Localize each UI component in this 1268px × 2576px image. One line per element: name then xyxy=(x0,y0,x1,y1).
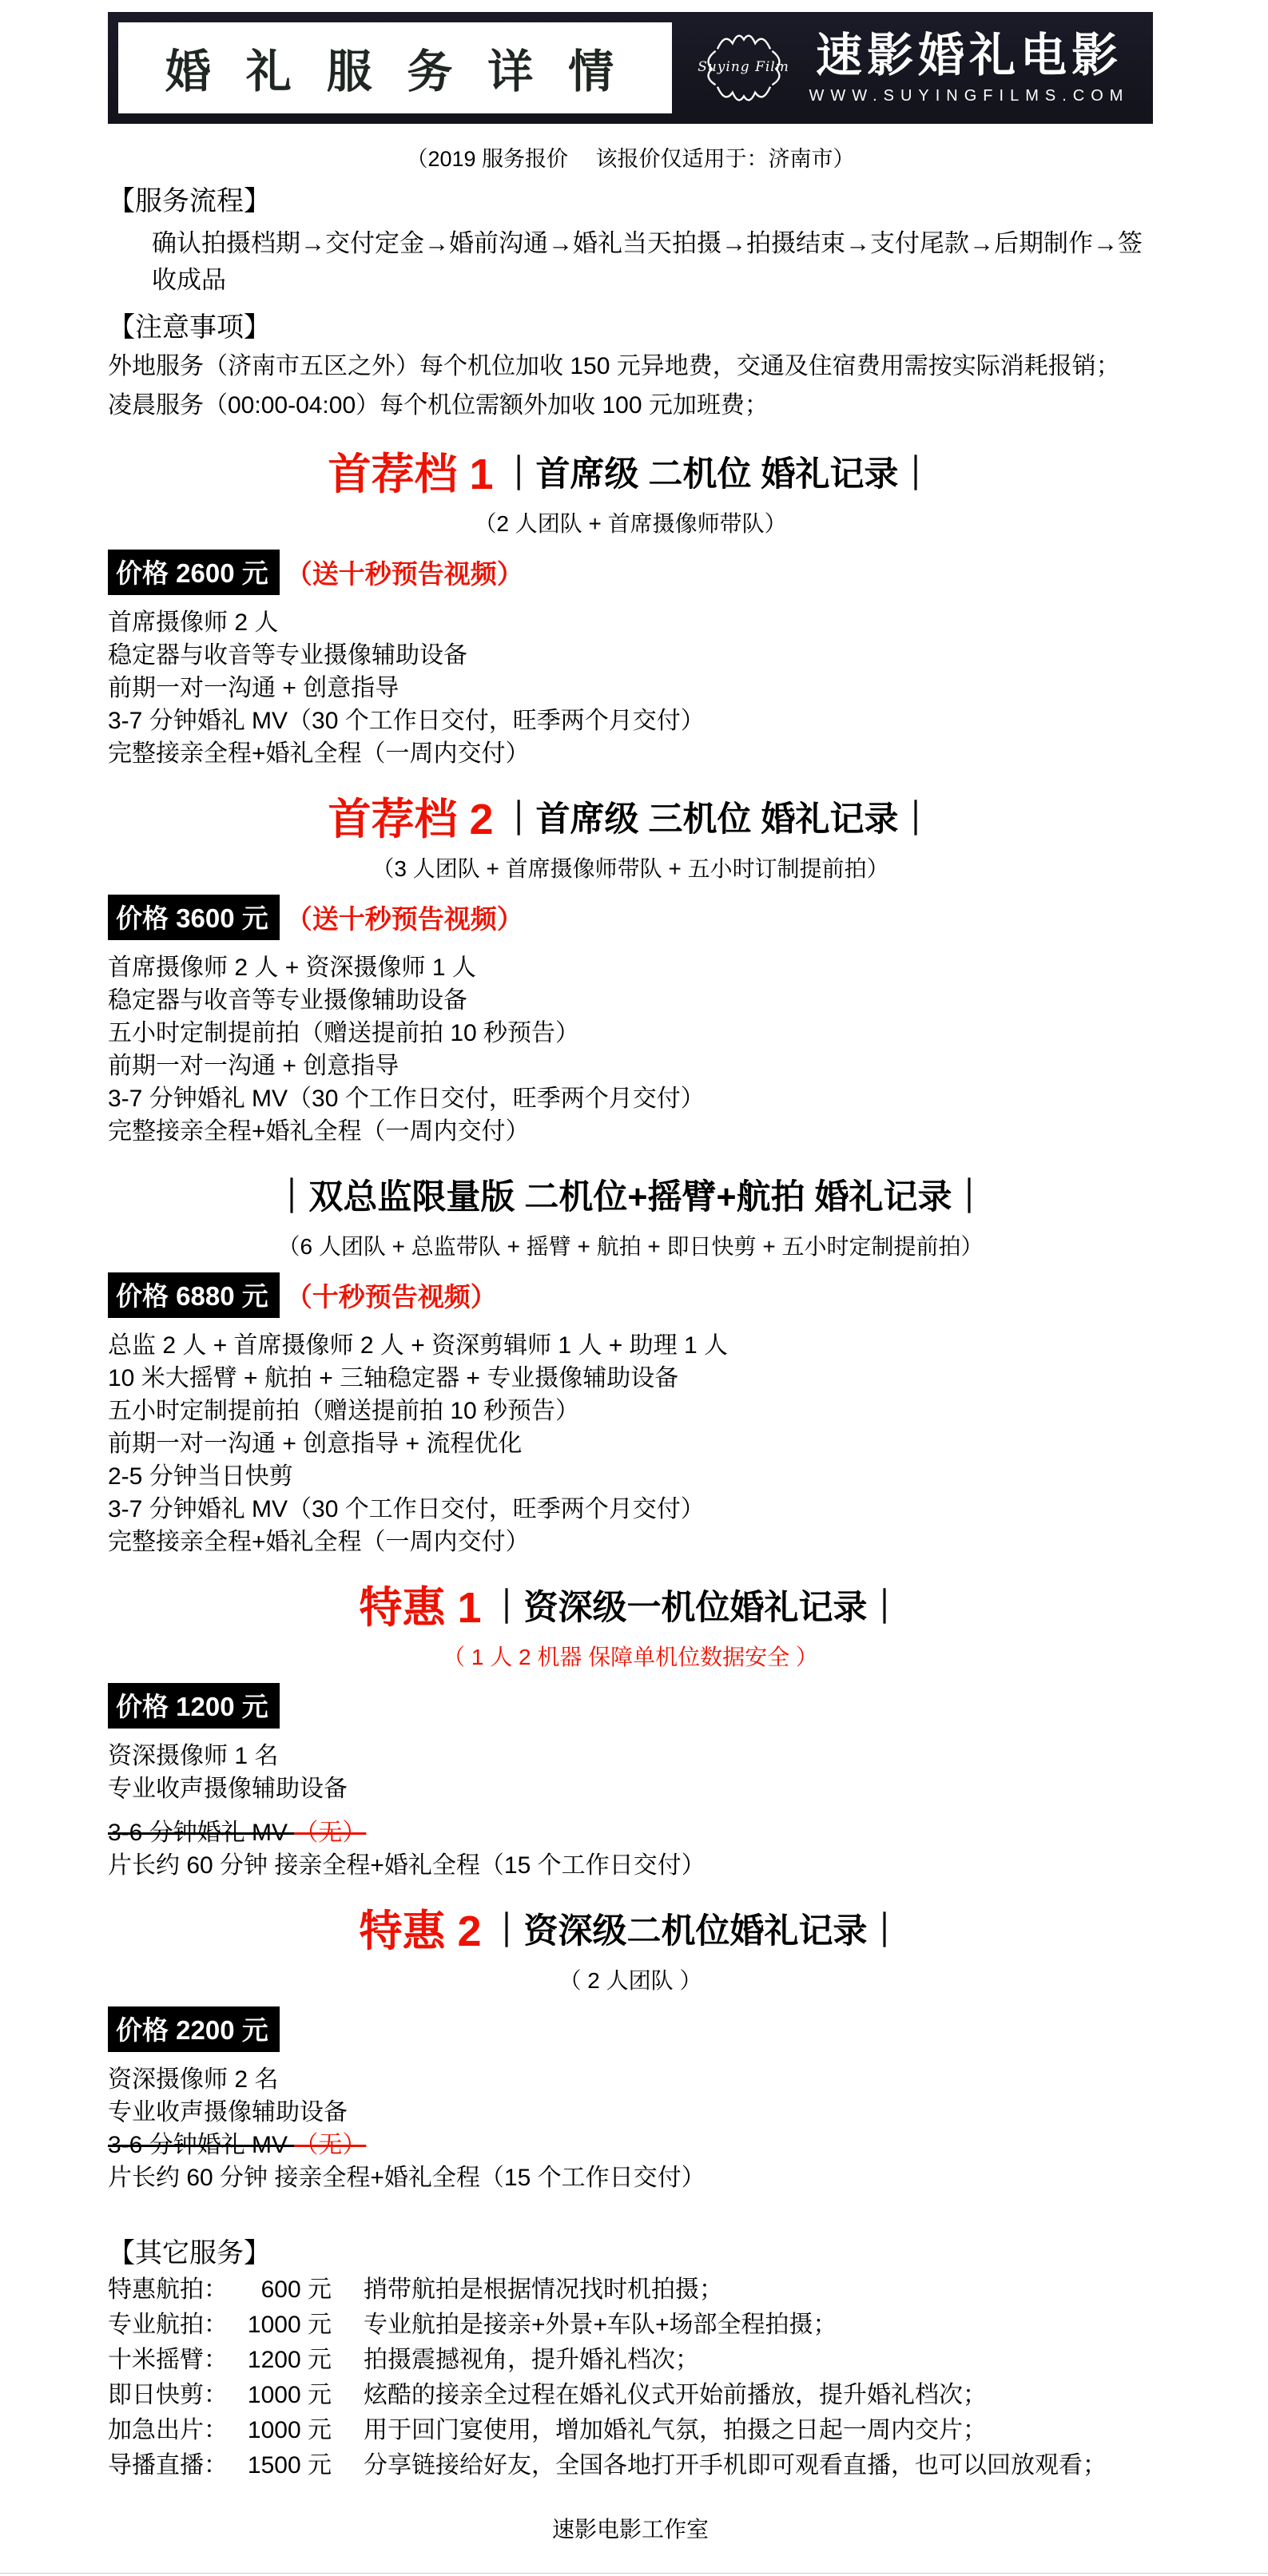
struck-feature-note: （无） xyxy=(294,1820,366,1846)
package-price-row: 价格 6880 元 （十秒预告视频） xyxy=(108,1272,1153,1318)
feature-item: 稳定器与收音等专业摄像辅助设备 xyxy=(108,984,1153,1017)
header-banner: 婚 礼 服 务 详 情 Suying Film 速影婚礼电影 WWW.SUYIN… xyxy=(108,12,1153,124)
brand-url: WWW.SUYINGFILMS.COM xyxy=(809,87,1130,105)
note-item: 外地服务（济南市五区之外）每个机位加收 150 元异地费，交通及住宿费用需按实际… xyxy=(108,347,1153,386)
service-name: 特惠航拍： xyxy=(108,2272,244,2308)
studio-name: 速影电影工作室 xyxy=(552,2517,709,2542)
wedding-price-document: 婚 礼 服 务 详 情 Suying Film 速影婚礼电影 WWW.SUYIN… xyxy=(0,12,1268,2576)
package-tier-desc: ｜双总监限量版 二机位+摇臂+航拍 婚礼记录｜ xyxy=(274,1172,986,1223)
price-badge: 价格 3600 元 xyxy=(108,895,280,940)
service-desc: 炫酷的接亲全过程在婚礼仪式开始前播放，提升婚礼档次； xyxy=(364,2378,987,2413)
service-desc: 用于回门宴使用，增加婚礼气氛，拍摄之日起一周内交片； xyxy=(364,2413,987,2448)
package-feature-list: 总监 2 人 + 首席摄像师 2 人 + 资深剪辑师 1 人 + 助理 1 人 … xyxy=(108,1329,1153,1558)
package-team-line: （2 人团队 + 首席摄像师带队） xyxy=(108,510,1153,538)
feature-item: 首席摄像师 2 人 + 资深摄像师 1 人 xyxy=(108,951,1153,984)
package-feature-list: 资深摄像师 2 名 专业收声摄像辅助设备 3-6 分钟婚礼 MV （无） 片长约… xyxy=(108,2063,1153,2194)
feature-item: 完整接亲全程+婚礼全程（一周内交付） xyxy=(108,1526,1153,1558)
service-desc: 拍摄震撼视角，提升婚礼档次； xyxy=(364,2343,699,2378)
feature-item: 专业收声摄像辅助设备 xyxy=(108,1772,1153,1805)
feature-item: 10 米大摇臂 + 航拍 + 三轴稳定器 + 专业摄像辅助设备 xyxy=(108,1362,1153,1395)
package-tier-label: 特惠 2 xyxy=(359,1906,481,1957)
package-recommended-1: 首荐档 1 ｜首席级 二机位 婚礼记录｜ （2 人团队 + 首席摄像师带队） 价… xyxy=(108,449,1153,770)
price-badge: 价格 2600 元 xyxy=(108,550,280,595)
service-price: 1500 元 xyxy=(244,2448,332,2483)
package-tier-label: 首荐档 1 xyxy=(328,449,494,500)
feature-item: 五小时定制提前拍（赠送提前拍 10 秒预告） xyxy=(108,1395,1153,1427)
package-tier-desc: ｜资深级二机位婚礼记录｜ xyxy=(490,1906,902,1957)
package-tier-label: 特惠 1 xyxy=(359,1582,481,1633)
service-flow-steps: 确认拍摄档期→交付定金→婚前沟通→婚礼当天拍摄→拍摄结束→支付尾款→后期制作→签… xyxy=(152,225,1153,299)
feature-item: 总监 2 人 + 首席摄像师 2 人 + 资深剪辑师 1 人 + 助理 1 人 xyxy=(108,1329,1153,1362)
brand-name: 速影婚礼电影 xyxy=(816,30,1123,81)
package-limited-dual-director: ｜双总监限量版 二机位+摇臂+航拍 婚礼记录｜ （6 人团队 + 总监带队 + … xyxy=(108,1172,1153,1558)
other-services-heading: 【其它服务】 xyxy=(108,2234,1153,2272)
package-tier-desc: ｜首席级 二机位 婚礼记录｜ xyxy=(502,449,933,500)
price-note: （送十秒预告视频） xyxy=(286,554,523,591)
service-price: 1000 元 xyxy=(244,2378,332,2413)
service-desc: 分享链接给好友，全国各地打开手机即可观看直播，也可以回放观看； xyxy=(364,2448,1107,2483)
package-team-line: （6 人团队 + 总监带队 + 摇臂 + 航拍 + 即日快剪 + 五小时定制提前… xyxy=(108,1232,1153,1261)
feature-item: 前期一对一沟通 + 创意指导 xyxy=(108,1050,1153,1082)
service-desc: 捎带航拍是根据情况找时机拍摄； xyxy=(364,2272,723,2308)
package-team-line: （ 1 人 2 机器 保障单机位数据安全 ） xyxy=(108,1643,1153,1672)
other-service-row: 特惠航拍： 600 元 捎带航拍是根据情况找时机拍摄； xyxy=(108,2272,1153,2308)
price-badge: 价格 1200 元 xyxy=(108,1683,280,1729)
package-heading: 特惠 1 ｜资深级一机位婚礼记录｜ xyxy=(108,1582,1153,1633)
brand-badge-label: Suying Film xyxy=(696,59,792,75)
other-service-row: 即日快剪： 1000 元 炫酷的接亲全过程在婚礼仪式开始前播放，提升婚礼档次； xyxy=(108,2378,1153,2413)
service-name: 专业航拍： xyxy=(108,2308,244,2343)
feature-item: 专业收声摄像辅助设备 xyxy=(108,2096,1153,2129)
package-price-row: 价格 1200 元 xyxy=(108,1683,1153,1729)
price-note: （送十秒预告视频） xyxy=(286,899,523,936)
feature-item: 资深摄像师 1 名 xyxy=(108,1740,1153,1772)
package-tier-label: 首荐档 2 xyxy=(328,794,494,845)
brand-text-column: 速影婚礼电影 WWW.SUYINGFILMS.COM xyxy=(809,30,1130,106)
feature-item: 2-5 分钟当日快剪 xyxy=(108,1460,1153,1493)
package-price-row: 价格 3600 元 （送十秒预告视频） xyxy=(108,895,1153,940)
feature-item: 3-7 分钟婚礼 MV（30 个工作日交付，旺季两个月交付） xyxy=(108,705,1153,737)
service-name: 十米摇臂： xyxy=(108,2343,244,2378)
feature-item: 3-7 分钟婚礼 MV（30 个工作日交付，旺季两个月交付） xyxy=(108,1082,1153,1115)
brand-badge-icon: Suying Film xyxy=(696,21,792,115)
price-note: （十秒预告视频） xyxy=(286,1276,497,1314)
feature-item: 前期一对一沟通 + 创意指导 + 流程优化 xyxy=(108,1427,1153,1460)
package-team-line: （ 2 人团队 ） xyxy=(108,1967,1153,1995)
price-badge: 价格 2200 元 xyxy=(108,2006,280,2052)
feature-item-struck: 3-6 分钟婚礼 MV （无） xyxy=(108,2129,1153,2161)
feature-item: 资深摄像师 2 名 xyxy=(108,2063,1153,2096)
other-service-row: 十米摇臂： 1200 元 拍摄震撼视角，提升婚礼档次； xyxy=(108,2343,1153,2378)
service-price: 1000 元 xyxy=(244,2308,332,2343)
page-title: 婚 礼 服 务 详 情 xyxy=(165,35,625,101)
package-feature-list: 首席摄像师 2 人 + 资深摄像师 1 人 稳定器与收音等专业摄像辅助设备 五小… xyxy=(108,951,1153,1148)
feature-item: 稳定器与收音等专业摄像辅助设备 xyxy=(108,639,1153,672)
other-service-row: 加急出片： 1000 元 用于回门宴使用，增加婚礼气氛，拍摄之日起一周内交片； xyxy=(108,2413,1153,2448)
price-badge: 价格 6880 元 xyxy=(108,1272,280,1318)
note-item: 凌晨服务（00:00-04:00）每个机位需额外加收 100 元加班费； xyxy=(108,386,1153,425)
package-price-row: 价格 2200 元 xyxy=(108,2006,1153,2052)
feature-item: 完整接亲全程+婚礼全程（一周内交付） xyxy=(108,1115,1153,1148)
brand-area: Suying Film 速影婚礼电影 WWW.SUYINGFILMS.COM xyxy=(672,12,1153,124)
package-special-2: 特惠 2 ｜资深级二机位婚礼记录｜ （ 2 人团队 ） 价格 2200 元 资深… xyxy=(108,1906,1153,2194)
feature-item: 完整接亲全程+婚礼全程（一周内交付） xyxy=(108,737,1153,770)
service-name: 导播直播： xyxy=(108,2448,244,2483)
other-service-row: 导播直播： 1500 元 分享链接给好友，全国各地打开手机即可观看直播，也可以回… xyxy=(108,2448,1153,2483)
struck-feature-note: （无） xyxy=(294,2132,366,2158)
package-feature-list: 首席摄像师 2 人 稳定器与收音等专业摄像辅助设备 前期一对一沟通 + 创意指导… xyxy=(108,606,1153,770)
service-price: 1200 元 xyxy=(244,2343,332,2378)
service-name: 加急出片： xyxy=(108,2413,244,2448)
document-body: （2019 服务报价 该报价仅适用于：济南市） 【服务流程】 确认拍摄档期→交付… xyxy=(0,141,1268,2544)
service-flow-heading: 【服务流程】 xyxy=(108,182,1153,220)
feature-item-struck: 3-6 分钟婚礼 MV （无） xyxy=(108,1816,1153,1849)
feature-item: 五小时定制提前拍（赠送提前拍 10 秒预告） xyxy=(108,1017,1153,1050)
struck-feature-text: 3-6 分钟婚礼 MV xyxy=(108,2132,294,2158)
feature-item: 片长约 60 分钟 接亲全程+婚礼全程（15 个工作日交付） xyxy=(108,2161,1153,2194)
document-footer: 速影电影工作室 xyxy=(108,2512,1153,2544)
feature-item: 首席摄像师 2 人 xyxy=(108,606,1153,639)
price-list-subtitle: （2019 服务报价 该报价仅适用于：济南市） xyxy=(108,141,1153,173)
package-special-1: 特惠 1 ｜资深级一机位婚礼记录｜ （ 1 人 2 机器 保障单机位数据安全 ）… xyxy=(108,1582,1153,1882)
feature-item: 片长约 60 分钟 接亲全程+婚礼全程（15 个工作日交付） xyxy=(108,1849,1153,1882)
package-team-line: （3 人团队 + 首席摄像师带队 + 五小时订制提前拍） xyxy=(108,855,1153,883)
package-feature-list: 资深摄像师 1 名 专业收声摄像辅助设备 3-6 分钟婚礼 MV （无） 片长约… xyxy=(108,1740,1153,1882)
package-heading: 首荐档 1 ｜首席级 二机位 婚礼记录｜ xyxy=(108,449,1153,500)
struck-feature-text: 3-6 分钟婚礼 MV xyxy=(108,1820,294,1846)
notes-heading: 【注意事项】 xyxy=(108,308,1153,347)
package-heading: 特惠 2 ｜资深级二机位婚礼记录｜ xyxy=(108,1906,1153,1957)
package-tier-desc: ｜资深级一机位婚礼记录｜ xyxy=(490,1582,902,1633)
document-title-box: 婚 礼 服 务 详 情 xyxy=(118,22,672,113)
package-tier-desc: ｜首席级 三机位 婚礼记录｜ xyxy=(502,794,933,845)
feature-item: 前期一对一沟通 + 创意指导 xyxy=(108,672,1153,705)
service-price: 600 元 xyxy=(244,2272,332,2308)
package-heading: 首荐档 2 ｜首席级 三机位 婚礼记录｜ xyxy=(108,794,1153,845)
package-price-row: 价格 2600 元 （送十秒预告视频） xyxy=(108,550,1153,595)
service-price: 1000 元 xyxy=(244,2413,332,2448)
service-desc: 专业航拍是接亲+外景+车队+场部全程拍摄； xyxy=(364,2308,837,2343)
other-service-row: 专业航拍： 1000 元 专业航拍是接亲+外景+车队+场部全程拍摄； xyxy=(108,2308,1153,2343)
feature-item: 3-7 分钟婚礼 MV（30 个工作日交付，旺季两个月交付） xyxy=(108,1493,1153,1526)
service-name: 即日快剪： xyxy=(108,2378,244,2413)
package-recommended-2: 首荐档 2 ｜首席级 三机位 婚礼记录｜ （3 人团队 + 首席摄像师带队 + … xyxy=(108,794,1153,1148)
package-heading: ｜双总监限量版 二机位+摇臂+航拍 婚礼记录｜ xyxy=(108,1172,1153,1223)
